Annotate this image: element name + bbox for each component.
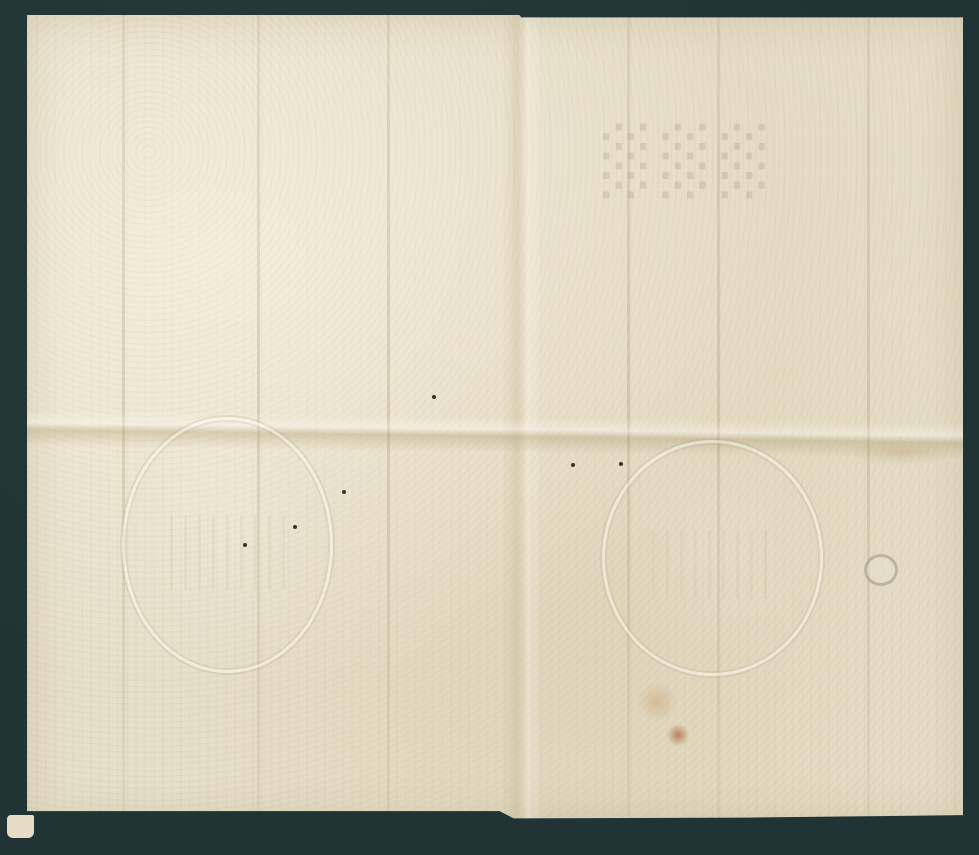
torn-paper-tab xyxy=(7,815,34,838)
pinhole xyxy=(342,490,346,494)
pinhole xyxy=(243,543,247,547)
embossed-seal-left xyxy=(122,417,333,673)
seal-relief xyxy=(170,515,285,590)
brown-stain xyxy=(635,683,680,721)
embossed-seal-right xyxy=(602,440,823,676)
rust-stain xyxy=(667,723,689,747)
ink-show-through: ░░░ xyxy=(587,125,765,199)
pinhole xyxy=(571,463,575,467)
fold-stain xyxy=(847,440,957,466)
pinhole xyxy=(619,462,623,466)
paper-sheet: ░░░ xyxy=(27,15,963,820)
ring-mark xyxy=(864,554,898,586)
seal-relief xyxy=(652,530,772,599)
pinhole xyxy=(293,525,297,529)
chain-line xyxy=(867,15,870,820)
pinhole xyxy=(432,395,436,399)
